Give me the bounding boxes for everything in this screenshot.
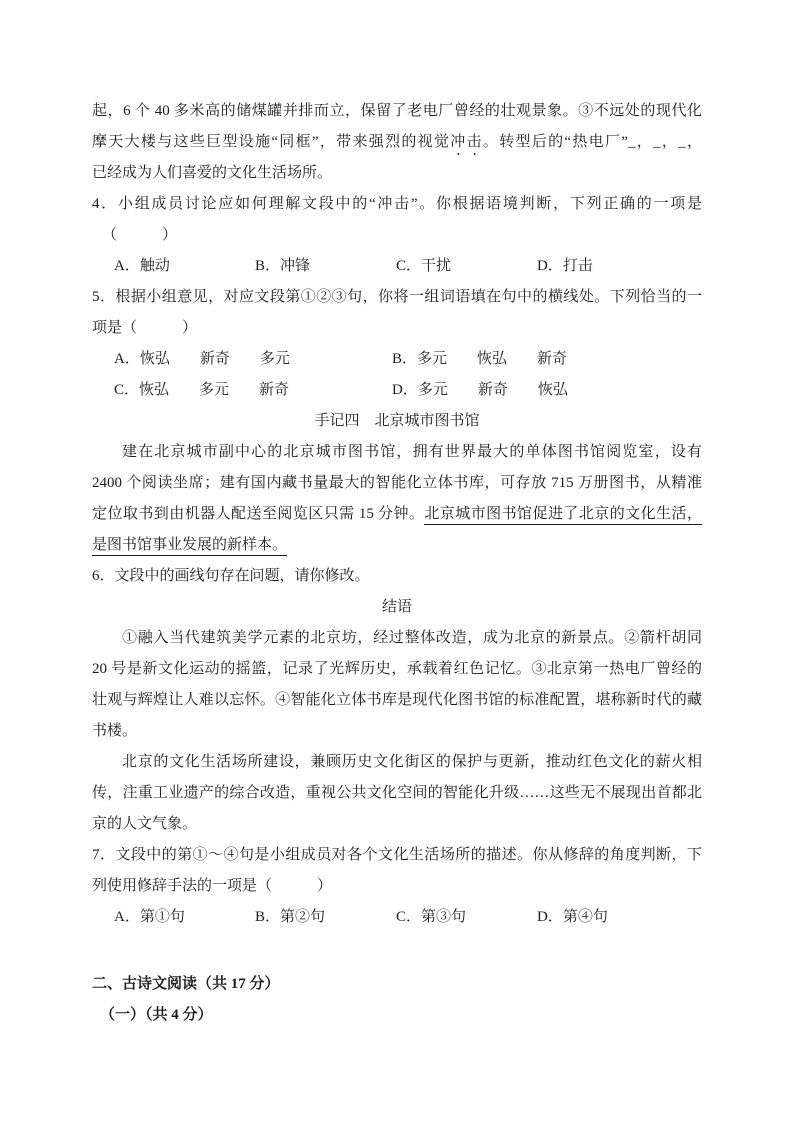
conclusion-line-3: 壮观与辉煌让人难以忘怀。④智能化立体书库是现代化图书馆的标准配置，堪称新时代的藏: [92, 685, 702, 716]
exam-document-page: 起，6 个 40 多米高的储煤罐并排而立，保留了老电厂曾经的壮观景象。③不远处的…: [0, 0, 793, 1122]
question-7-option-d: D．第④句: [537, 902, 608, 933]
intro-line-3: 已经成为人们喜爱的文化生活场所。: [92, 158, 702, 189]
question-5-stem-line-1: 5．根据小组意见，对应文段第①②③句，你将一组词语填在句中的横线处。下列恰当的一: [92, 282, 702, 313]
underlined-sentence-part-2: 是图书馆事业发展的新样本。: [92, 537, 287, 556]
question-5-options-row-1: A．恢弘 新奇 多元 B．多元 恢弘 新奇: [92, 344, 702, 375]
conclusion-title: 结语: [92, 592, 702, 623]
question-7-option-a: A．第①句: [114, 902, 185, 933]
question-5-option-c: C．恢弘 多元 新奇: [114, 375, 289, 406]
intro-line-1: 起，6 个 40 多米高的储煤罐并排而立，保留了老电厂曾经的壮观景象。③不远处的…: [92, 96, 702, 127]
question-5-option-d: D．多元 新奇 恢弘: [392, 375, 568, 406]
library-line-3-text: 定位取书到由机器人配送至阅览区只需 15 分钟。: [92, 506, 424, 522]
question-7-option-c: C．第③句: [396, 902, 466, 933]
question-4-answer-bracket: （ ）: [92, 220, 702, 251]
question-7-stem-line-1: 7．文段中的第①～④句是小组成员对各个文化生活场所的描述。你从修辞的角度判断，下: [92, 840, 702, 871]
section-2-subheading: （一）（共 4 分）: [92, 1000, 702, 1031]
question-7-options-row: A．第①句 B．第②句 C．第③句 D．第④句: [92, 902, 702, 933]
intro-line-2-text: 摩天大楼与这些巨型设施“同框”，带来强烈的视觉: [92, 134, 450, 150]
conclusion-line-4: 书楼。: [92, 716, 702, 747]
section-2-heading: 二、古诗文阅读（共 17 分）: [92, 969, 702, 1000]
question-4-stem: 4．小组成员讨论应如何理解文段中的“冲击”。你根据语境判断，下列正确的一项是: [92, 189, 702, 220]
library-paragraph-line-3: 定位取书到由机器人配送至阅览区只需 15 分钟。北京城市图书馆促进了北京的文化生…: [92, 499, 702, 530]
library-paragraph-line-1: 建在北京城市副中心的北京城市图书馆，拥有世界最大的单体图书馆阅览室，设有: [92, 437, 702, 468]
question-6-stem: 6．文段中的画线句存在问题，请你修改。: [92, 561, 702, 592]
question-5-options-row-2: C．恢弘 多元 新奇 D．多元 新奇 恢弘: [92, 375, 702, 406]
summary-line-1: 北京的文化生活场所建设，兼顾历史文化街区的保护与更新，推动红色文化的薪火相: [92, 747, 702, 778]
summary-line-3: 京的人文气象。: [92, 809, 702, 840]
section-gap: [92, 933, 702, 969]
conclusion-line-2: 20 号是新文化运动的摇篮，记录了光辉历史，承载着红色记忆。③北京第一热电厂曾经…: [92, 654, 702, 685]
question-7-stem-line-2: 列使用修辞手法的一项是（ ）: [92, 871, 702, 902]
emphasis-dots-word: 冲击: [450, 134, 483, 150]
summary-line-2: 传，注重工业遗产的综合改造，重视公共文化空间的智能化升级……这些无不展现出首都北: [92, 778, 702, 809]
library-paragraph-line-4: 是图书馆事业发展的新样本。: [92, 530, 702, 561]
question-5-option-b: B．多元 恢弘 新奇: [392, 344, 567, 375]
question-4-option-b: B．冲锋: [255, 251, 310, 282]
notebook-4-title: 手记四 北京城市图书馆: [92, 406, 702, 437]
library-paragraph-line-2: 2400 个阅读坐席；建有国内藏书量最大的智能化立体书库，可存放 715 万册图…: [92, 468, 702, 499]
question-4-option-c: C．干扰: [396, 251, 451, 282]
conclusion-line-1: ①融入当代建筑美学元素的北京坊，经过整体改造，成为北京的新景点。②箭杆胡同: [92, 623, 702, 654]
intro-line-2: 摩天大楼与这些巨型设施“同框”，带来强烈的视觉冲击。转型后的“热电厂”_，_，_…: [92, 127, 702, 158]
question-7-option-b: B．第②句: [255, 902, 325, 933]
intro-line-2-blanks: 。转型后的“热电厂”_，_，_，: [483, 134, 702, 150]
underlined-sentence-part-1: 北京城市图书馆促进了北京的文化生活，: [424, 506, 702, 525]
question-4-option-d: D．打击: [537, 251, 593, 282]
question-5-stem-line-2: 项是（ ）: [92, 313, 702, 344]
question-5-option-a: A．恢弘 新奇 多元: [114, 344, 290, 375]
question-4-options-row: A．触动 B．冲锋 C．干扰 D．打击: [92, 251, 702, 282]
question-4-option-a: A．触动: [114, 251, 170, 282]
